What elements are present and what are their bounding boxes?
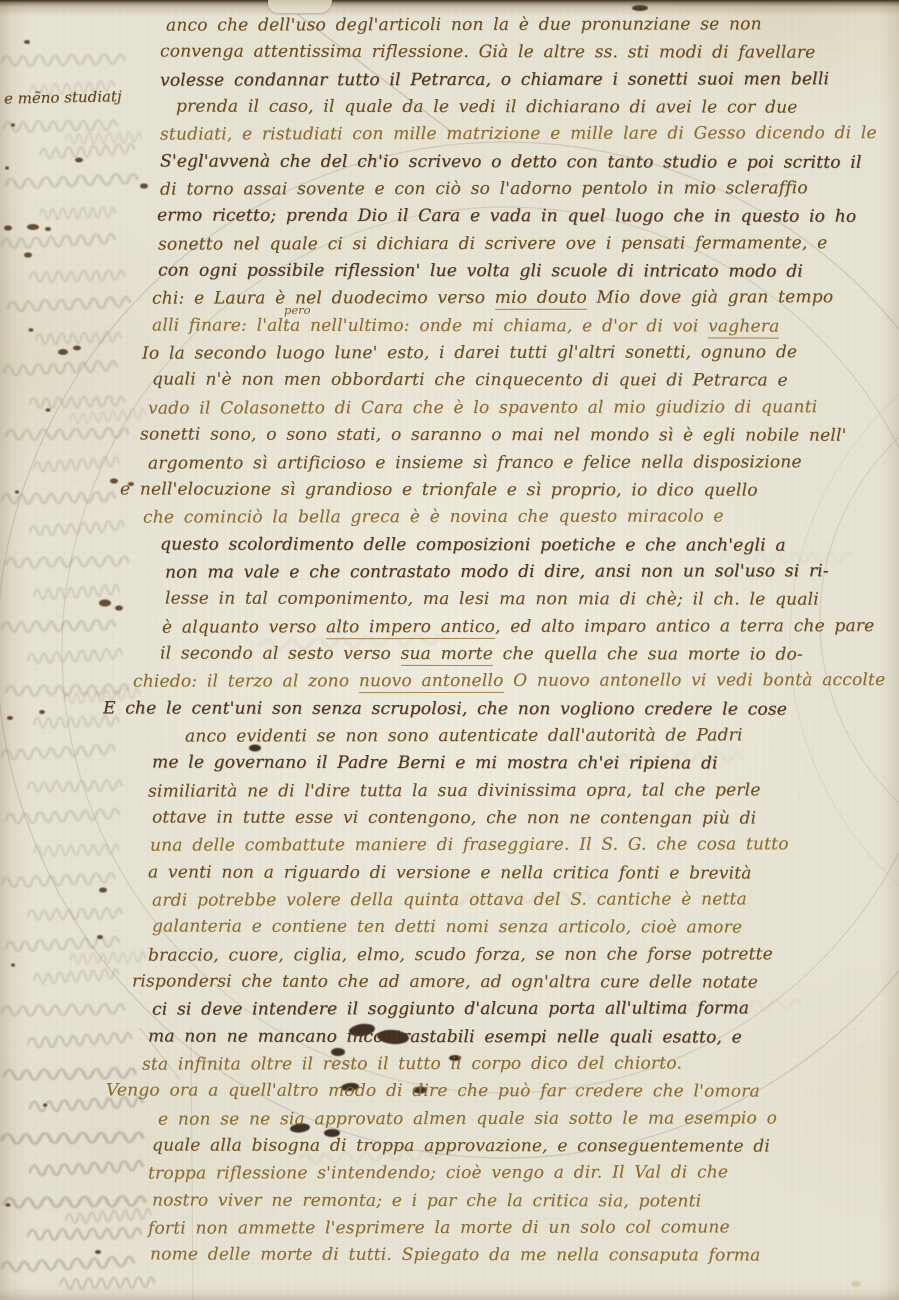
manuscript-line: prenda il caso, il quale da le vedi il d… [0,93,891,122]
manuscript-line: sonetto nel quale ci si dichiara di scri… [0,230,891,259]
manuscript-line: è alquanto verso alto impero antico, ed … [0,613,891,642]
manuscript-line: vado il Colasonetto di Cara che è lo spa… [0,394,891,423]
manuscript-line: Io la secondo luogo lune' esto, i darei … [0,339,891,368]
manuscript-line: ermo ricetto; prenda Dio il Cara e vada … [0,203,891,232]
manuscript-line: questo scolordimento delle composizioni … [0,531,891,560]
manuscript-line: rispondersi che tanto che ad amore, ad o… [0,968,891,997]
manuscript-line: ma non ne mancano incontrastabili esempi… [0,1023,891,1052]
manuscript-line: il secondo al sesto verso sua morte che … [0,640,891,669]
manuscript-line: chiedo: il terzo al zono nuovo antonello… [0,667,891,696]
manuscript-line: galanteria e contiene ten detti nomi sen… [0,914,891,943]
manuscript-line: quali n'è non men obbordarti che cinquec… [0,367,891,396]
manuscript-line: chi: e Laura è nel duodecimo verso mio d… [0,285,891,314]
manuscript-line: e nell'elocuzione sì grandioso e trionfa… [0,476,891,505]
manuscript-line: ci si deve intendere il soggiunto d'alcu… [0,995,891,1024]
underlined-phrase: vaghera [708,316,779,338]
manuscript-line: E che le cent'uni son senza scrupolosi, … [0,695,891,724]
manuscript-line: con ogni possibile riflession' lue volta… [0,257,891,286]
underlined-phrase: alto impero antico [326,616,495,638]
manuscript-text-block: anco che dell'uso degl'articoli non la è… [0,12,891,1270]
manuscript-line: convenga attentissima riflessione. Già l… [0,39,891,68]
manuscript-line: lesse in tal componimento, ma lesi ma no… [0,585,891,614]
manuscript-line: similiarità ne di l'dire tutta la sua di… [0,777,891,806]
manuscript-line: volesse condannar tutto il Petrarca, o c… [0,66,891,95]
manuscript-line: di torno assai sovente e con ciò so l'ad… [0,175,891,204]
manuscript-line: una delle combattute maniere di fraseggi… [0,831,891,860]
manuscript-line: ardi potrebbe volere della quinta ottava… [0,886,891,915]
manuscript-line: quale alla bisogna di troppa approvazion… [0,1132,891,1161]
manuscript-line: anco evidenti se non sono autenticate da… [0,722,891,751]
manuscript-line: sta infinita oltre il resto il tutto il … [0,1050,891,1079]
manuscript-line: alli finare: l'alta nell'ultimo: onde mi… [0,312,891,341]
manuscript-line: S'egl'avvenà che del ch'io scrivevo o de… [0,148,891,177]
manuscript-line: nostro viver ne remonta; e i par che la … [0,1187,891,1216]
manuscript-line: forti non ammette l'esprimere la morte d… [0,1214,891,1243]
manuscript-line: che cominciò la bella greca è è novina c… [0,503,891,532]
manuscript-line: argomento sì artificioso e insieme sì fr… [0,449,891,478]
manuscript-line: a venti non a riguardo di versione e nel… [0,859,891,888]
manuscript-line: me le governano il Padre Berni e mi most… [0,750,891,779]
manuscript-page: e mẽno studiatj pero anco che dell'uso d… [0,0,899,1300]
manuscript-line: nome delle morte di tutti. Spiegato da m… [0,1242,891,1271]
underlined-phrase: nuovo antonello [359,671,504,693]
manuscript-line: e non se ne sia approvato almen quale si… [0,1105,891,1134]
manuscript-line: non ma vale e che contrastato modo di di… [0,558,891,587]
manuscript-line: troppa riflessione s'intendendo; cioè ve… [0,1160,891,1189]
manuscript-line: braccio, cuore, ciglia, elmo, scudo forz… [0,941,891,970]
manuscript-line: sonetti sono, o sono stati, o saranno o … [0,421,891,450]
manuscript-line: ottave in tutte esse vi contengono, che … [0,804,891,833]
underlined-phrase: mio douto [495,288,587,310]
manuscript-line: studiati, e ristudiati con mille matrizi… [0,120,891,149]
manuscript-line: anco che dell'uso degl'articoli non la è… [0,11,891,40]
underlined-phrase: sua morte [401,644,493,666]
manuscript-line: Vengo ora a quell'altro modo di dire che… [0,1078,891,1107]
